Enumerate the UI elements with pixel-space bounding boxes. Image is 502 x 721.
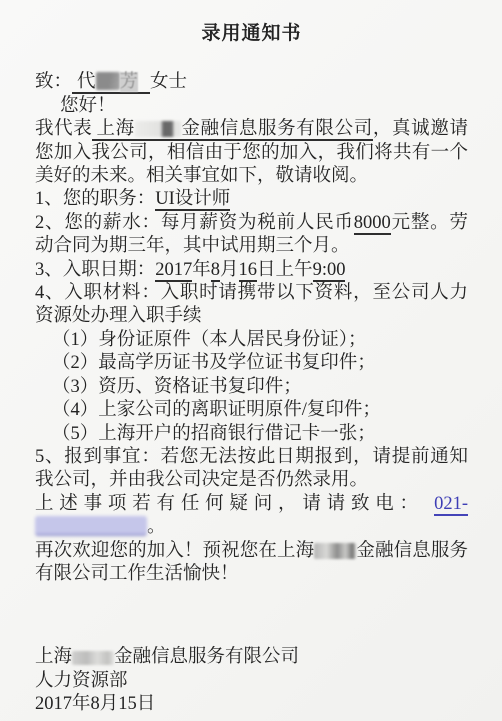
start-year: 2017 bbox=[155, 260, 192, 282]
contact-paragraph: 上述事项若有任何疑问，请请致电： 021-。 bbox=[35, 493, 468, 540]
contact-question: 上述事项若有任何疑问，请请致电： bbox=[35, 494, 424, 514]
redaction-company-name bbox=[135, 121, 181, 137]
recipient-line: 致：代芳女士 bbox=[35, 71, 468, 94]
closing-paragraph: 再次欢迎您的加入！预祝您在上海金融信息服务有限公司工作生活愉快！ bbox=[35, 540, 468, 587]
material-item: （1）身份证原件（本人居民身份证）； bbox=[35, 329, 468, 352]
position-value: UI设计师 bbox=[155, 189, 230, 211]
start-month: 8 bbox=[211, 260, 220, 282]
signature-block: 上海金融信息服务有限公司 人力资源部 2017年8月15日 bbox=[35, 646, 468, 716]
term-item-materials: 4、入职材料：入职时请携带以下资料，至公司人力资源处办理入职手续 bbox=[35, 282, 468, 329]
phone-link: 021- bbox=[434, 494, 468, 516]
footer-date: 2017年8月15日 bbox=[35, 693, 468, 716]
redaction-closing-company bbox=[314, 543, 356, 559]
recipient-label: 致： bbox=[35, 72, 72, 92]
phone-redacted-wrap: 。 bbox=[35, 517, 166, 537]
footer-company: 上海金融信息服务有限公司 bbox=[35, 646, 468, 669]
company-name: 上海金融信息服务有限公司 bbox=[92, 119, 372, 141]
start-day: 16 bbox=[239, 260, 258, 282]
recipient-name-tail: 芳 bbox=[120, 72, 139, 92]
greeting: 您好！ bbox=[35, 95, 468, 118]
recipient-honorific: 女士 bbox=[150, 72, 187, 92]
term-item-start-date: 3、入职日期：2017年8月16日上午9:00 bbox=[35, 259, 468, 282]
recipient-name: 代芳 bbox=[72, 72, 150, 94]
scanned-offer-letter: 录用通知书 致：代芳女士 您好！ 我代表上海金融信息服务有限公司，真诚邀请您加入… bbox=[0, 0, 502, 721]
contact-period: 。 bbox=[147, 517, 166, 537]
material-item: （5）上海开户的招商银行借记卡一张； bbox=[35, 423, 468, 446]
term-item-position: 1、您的职务：UI设计师 bbox=[35, 188, 468, 211]
term-item-report: 5、报到事宜：若您无法按此日期报到，请提前通知我公司，并由我公司决定是否仍然录用… bbox=[35, 446, 468, 493]
document-title: 录用通知书 bbox=[35, 22, 468, 45]
footer-department: 人力资源部 bbox=[35, 670, 468, 693]
material-item: （4）上家公司的离职证明原件/复印件； bbox=[35, 399, 468, 422]
redaction-phone-number bbox=[35, 516, 147, 536]
term-item-salary: 2、您的薪水：每月薪资为税前人民币8000元整。劳动合同为期三年，其中试用期三个… bbox=[35, 212, 468, 259]
redaction-footer-company bbox=[72, 651, 114, 665]
materials-list: （1）身份证原件（本人居民身份证）； （2）最高学历证书及学位证书复印件； （3… bbox=[35, 329, 468, 446]
salary-value: 8000 bbox=[354, 213, 391, 235]
redaction-recipient-name bbox=[96, 72, 120, 90]
material-item: （3）资历、资格证书复印件； bbox=[35, 376, 468, 399]
intro-paragraph: 我代表上海金融信息服务有限公司，真诚邀请您加入我公司，相信由于您的加入，我们将共… bbox=[35, 118, 468, 188]
material-item: （2）最高学历证书及学位证书复印件； bbox=[35, 352, 468, 375]
start-time: 9:00 bbox=[313, 260, 346, 282]
